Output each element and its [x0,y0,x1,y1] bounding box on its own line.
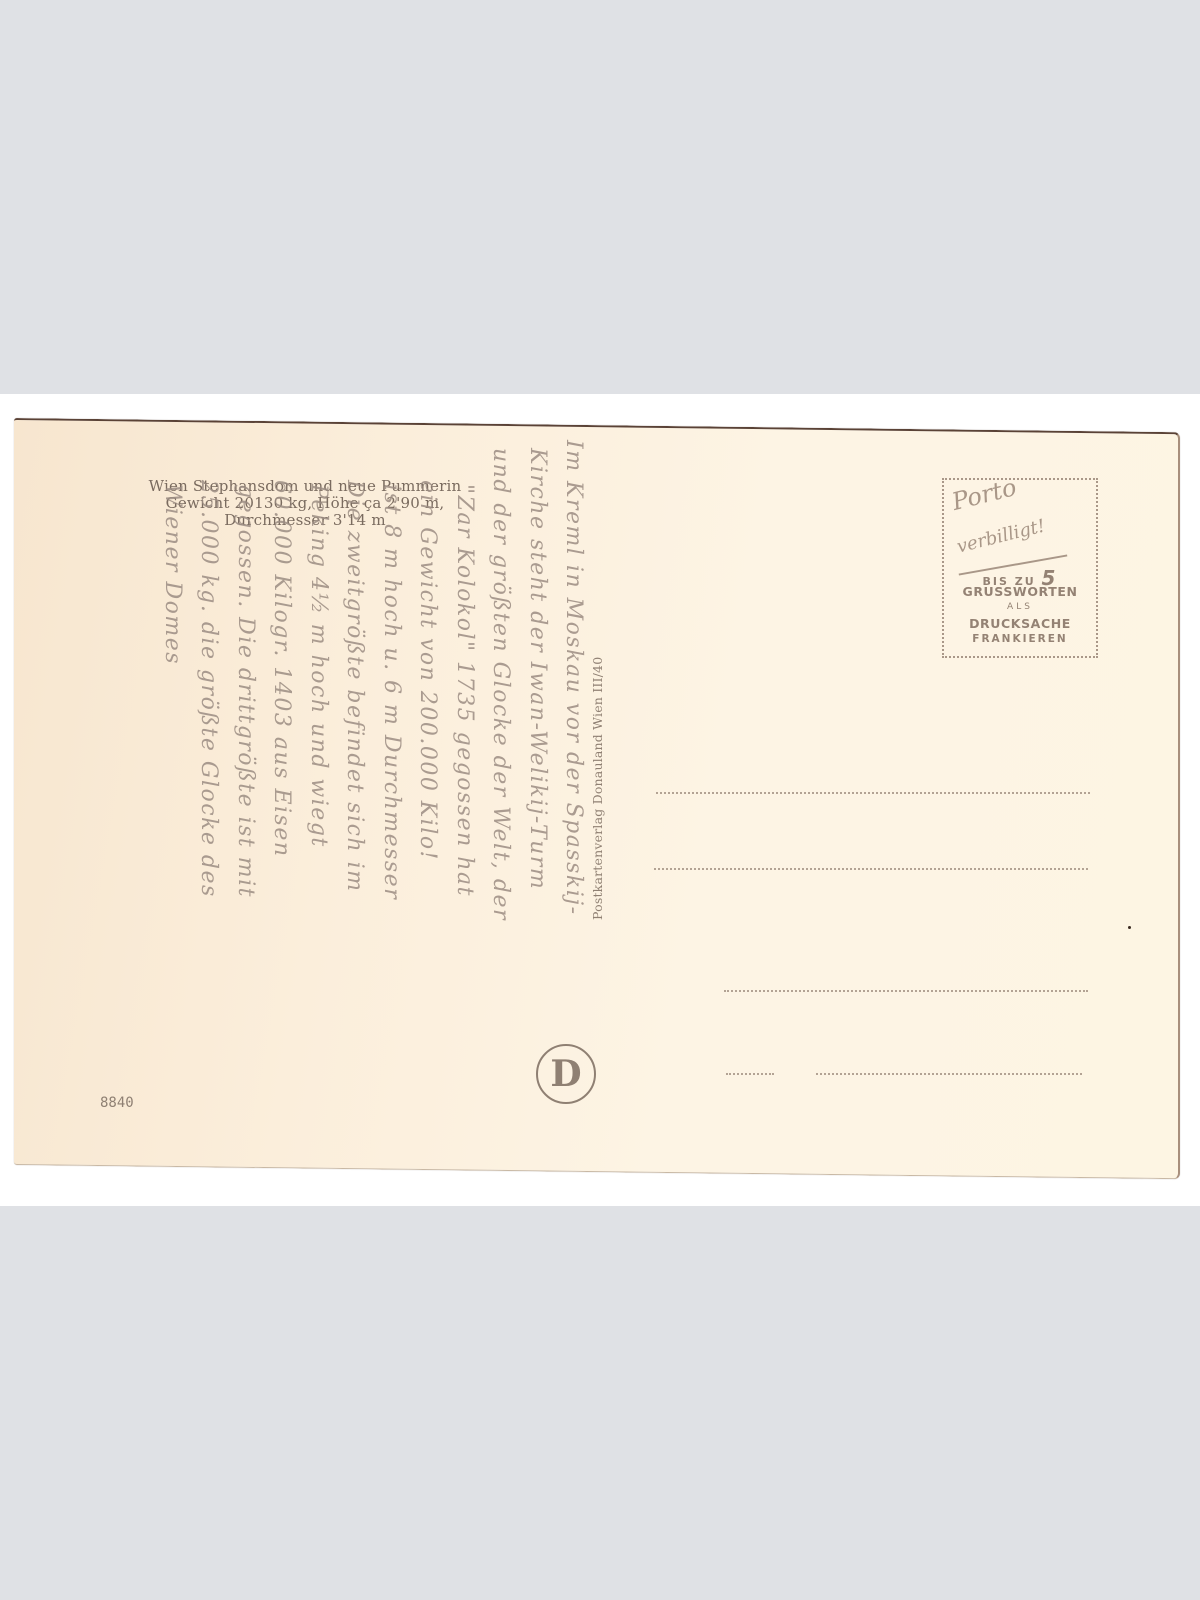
address-line-3 [724,990,1088,992]
stamp-box: Porto verbilligt! BIS ZU 5 GRUSSWORTEN A… [942,478,1098,658]
address-line-4b [816,1073,1082,1075]
stamp-grussworten: GRUSSWORTEN [944,584,1096,599]
stamp-frankieren: FRANKIEREN [944,633,1096,645]
address-line-2 [654,868,1088,870]
address-line-1 [656,792,1090,794]
address-line-4a [726,1073,774,1075]
publisher-logo-icon: D [536,1044,596,1104]
stamp-verbilligt-text: verbilligt! [955,515,1047,557]
publisher-imprint: Postkartenverlag Donauland Wien III/40 [590,657,605,920]
caption-weight: Gewicht 20130 kg, Höhe ça 2'90 m, [120,495,490,512]
caption-diameter: Durchmesser 3'14 m [120,512,490,529]
caption-title: Wien Stephansdom und neue Pummerin [120,478,490,495]
paper-speck [1128,926,1131,929]
printed-caption: Wien Stephansdom und neue Pummerin Gewic… [120,478,490,529]
stamp-drucksache: DRUCKSACHE [944,616,1096,631]
serial-number: 8840 [100,1095,134,1111]
stamp-porto-text: Porto [949,473,1019,516]
stamp-als: ALS [944,602,1096,612]
